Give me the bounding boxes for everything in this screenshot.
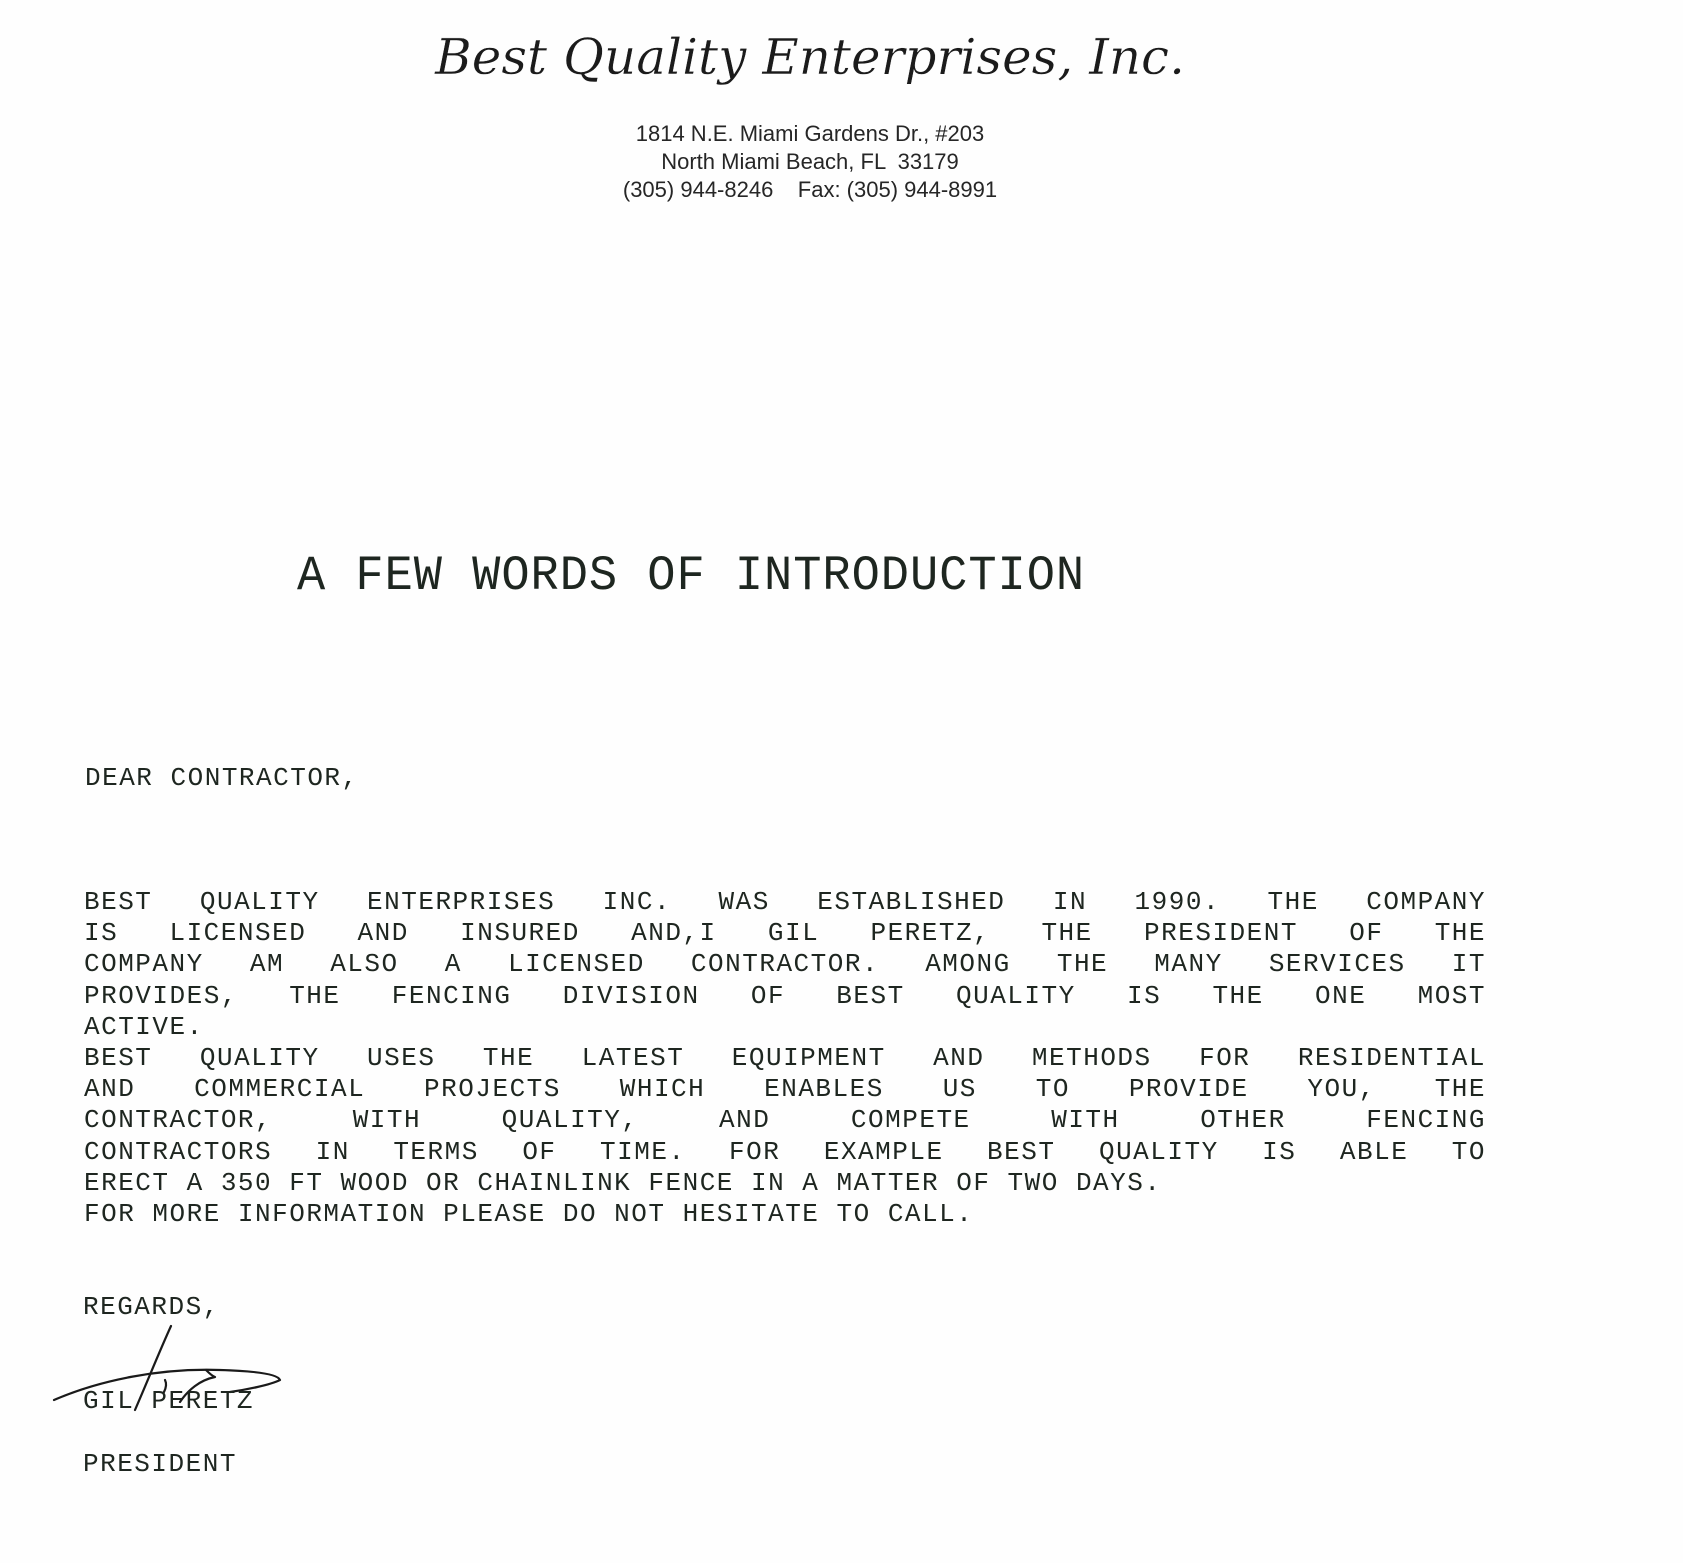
body-line: BEST QUALITY USES THE LATEST EQUIPMENT A… [84, 1043, 1486, 1074]
body-line: COMPANY AM ALSO A LICENSED CONTRACTOR. A… [84, 949, 1486, 980]
body-line: ERECT A 350 FT WOOD OR CHAINLINK FENCE I… [84, 1168, 1486, 1199]
body-line: ACTIVE. [84, 1012, 1486, 1043]
body-line: FOR MORE INFORMATION PLEASE DO NOT HESIT… [84, 1199, 1486, 1230]
body-line: IS LICENSED AND INSURED AND,I GIL PERETZ… [84, 918, 1486, 949]
signer-name: GIL PERETZ [83, 1386, 254, 1416]
address-city: North Miami Beach, FL 33179 [0, 148, 1620, 176]
body-line: CONTRACTORS IN TERMS OF TIME. FOR EXAMPL… [84, 1137, 1486, 1168]
company-logo-script: Best Quality Enterprises, Inc. [0, 28, 1620, 86]
body-line: PROVIDES, THE FENCING DIVISION OF BEST Q… [84, 981, 1486, 1012]
signer-title: PRESIDENT [83, 1449, 237, 1479]
address-street: 1814 N.E. Miami Gardens Dr., #203 [0, 120, 1620, 148]
letter-body: BEST QUALITY ENTERPRISES INC. WAS ESTABL… [84, 887, 1486, 1230]
letter-title: A FEW WORDS OF INTRODUCTION [297, 548, 1247, 604]
body-line: AND COMMERCIAL PROJECTS WHICH ENABLES US… [84, 1074, 1486, 1105]
salutation: DEAR CONTRACTOR, [85, 763, 359, 793]
body-line: CONTRACTOR, WITH QUALITY, AND COMPETE WI… [84, 1105, 1486, 1136]
body-line: BEST QUALITY ENTERPRISES INC. WAS ESTABL… [84, 887, 1486, 918]
letterhead-address: 1814 N.E. Miami Gardens Dr., #203 North … [0, 120, 1620, 204]
address-phone-fax: (305) 944-8246 Fax: (305) 944-8991 [0, 176, 1620, 204]
letter-page: Best Quality Enterprises, Inc. 1814 N.E.… [0, 0, 1683, 1563]
